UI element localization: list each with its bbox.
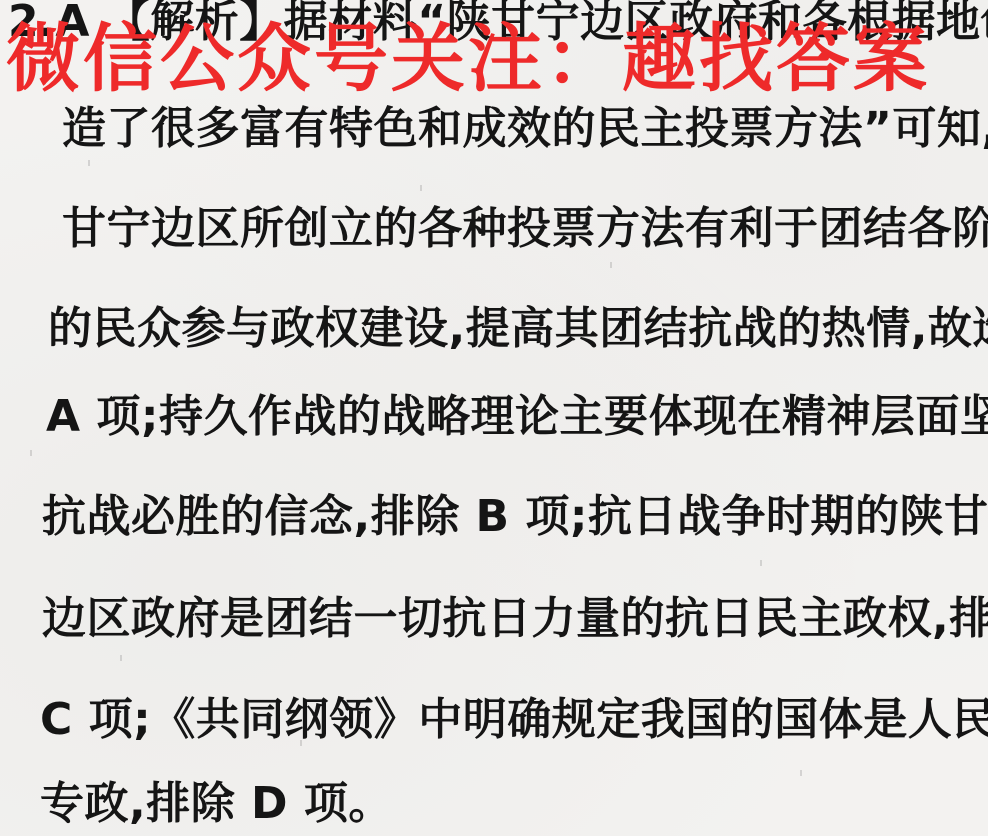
scan-speck — [610, 262, 612, 268]
scanned-page: 2.A 【解析】据材料“陕甘宁边区政府和各根据地创 微信公众号关注：趣找答案 造… — [0, 0, 988, 836]
explanation-line-7: 边区政府是团结一切抗日力量的抗日民主政权,排除 — [42, 597, 988, 641]
explanation-line-3: 甘宁边区所创立的各种投票方法有利于团结各阶层 — [62, 207, 988, 251]
explanation-line-8: C 项;《共同纲领》中明确规定我国的国体是人民民主 — [40, 698, 988, 742]
explanation-line-4: 的民众参与政权建设,提高其团结抗战的热情,故选 — [48, 307, 988, 351]
explanation-line-6: 抗战必胜的信念,排除 B 项;抗日战争时期的陕甘宁 — [42, 495, 988, 539]
scan-speck — [120, 655, 122, 661]
scan-speck — [760, 560, 762, 566]
explanation-line-2: 造了很多富有特色和成效的民主投票方法”可知,陕 — [62, 107, 988, 151]
scan-speck — [88, 160, 90, 166]
explanation-line-5: A 项;持久作战的战略理论主要体现在精神层面坚持 — [46, 395, 988, 439]
scan-speck — [30, 450, 32, 456]
scan-speck — [800, 770, 802, 776]
explanation-line-9: 专政,排除 D 项。 — [40, 782, 393, 826]
watermark-banner: 微信公众号关注：趣找答案 — [6, 22, 930, 96]
scan-speck — [420, 185, 422, 191]
